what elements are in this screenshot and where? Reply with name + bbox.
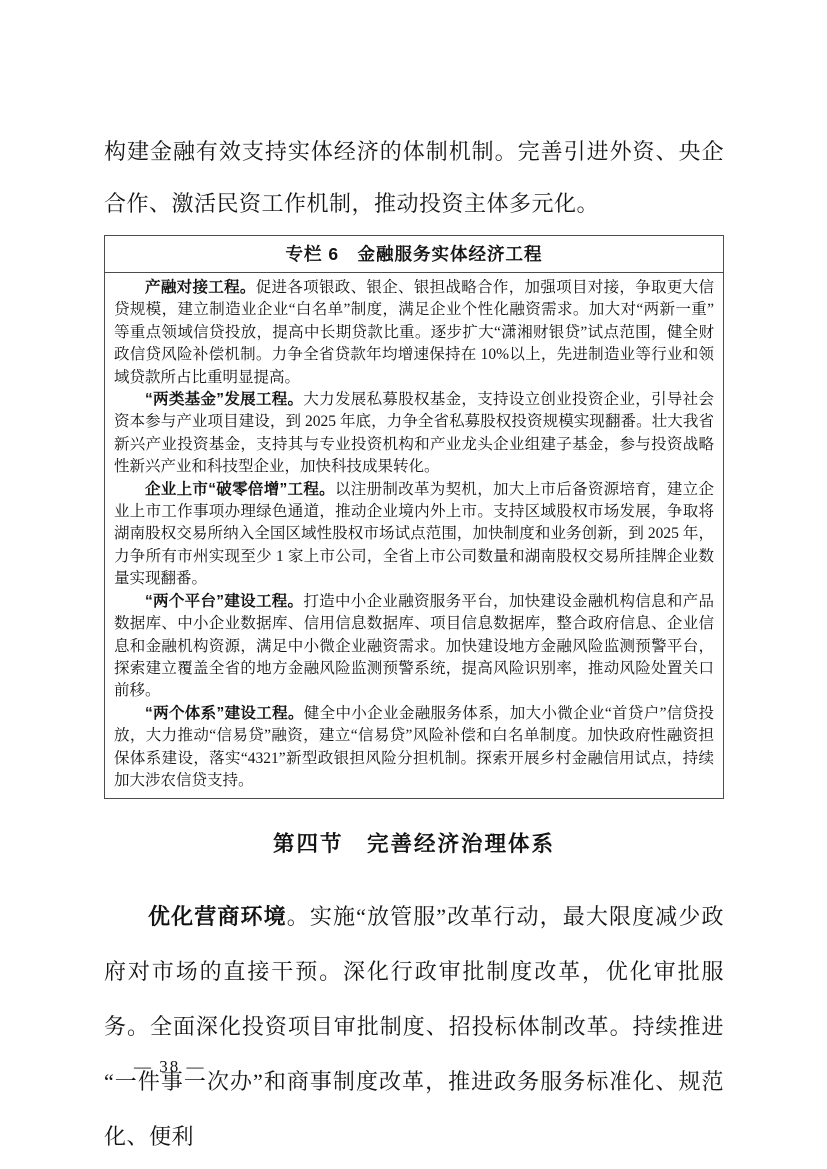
main-paragraph: 优化营商环境。实施“放管服”改革行动，最大限度减少政府对市场的直接干预。深化行政… <box>104 889 724 1164</box>
box-paragraph-lead: 企业上市“破零倍增”工程。 <box>145 481 335 498</box>
box-paragraph-lead: 产融对接工程。 <box>145 279 256 296</box>
box-paragraph: 企业上市“破零倍增”工程。以注册制改革为契机，加大上市后备资源培育，建立企业上市… <box>114 479 714 591</box>
column-box-body: 产融对接工程。促进各项银政、银企、银担战略合作，加强项目对接，争取更大信贷规模，… <box>105 273 723 798</box>
main-paragraph-body: 。实施“放管服”改革行动，最大限度减少政府对市场的直接干预。深化行政审批制度改革… <box>104 904 724 1149</box>
page-content: 构建金融有效支持实体经济的体制机制。完善引进外资、央企合作、激活民资工作机制，推… <box>104 0 724 1164</box>
box-paragraph: “两个平台”建设工程。打造中小企业融资服务平台，加快建设金融机构信息和产品数据库… <box>114 591 714 703</box>
page-number: — 38 — <box>134 1057 206 1077</box>
box-paragraph-lead: “两个体系”建设工程。 <box>145 705 304 722</box>
document-page: 构建金融有效支持实体经济的体制机制。完善引进外资、央企合作、激活民资工作机制，推… <box>0 0 827 1169</box>
box-paragraph: “两类基金”发展工程。大力发展私募股权基金，支持设立创业投资企业，引导社会资本参… <box>114 389 714 479</box>
main-paragraph-lead: 优化营商环境 <box>148 904 287 929</box>
section-heading: 第四节 完善经济治理体系 <box>104 829 724 859</box>
intro-paragraph: 构建金融有效支持实体经济的体制机制。完善引进外资、央企合作、激活民资工作机制，推… <box>104 0 724 230</box>
column-box-title: 专栏 6 金融服务实体经济工程 <box>105 236 723 273</box>
box-paragraph: “两个体系”建设工程。健全中小企业金融服务体系，加大小微企业“首贷户”信贷投放，… <box>114 703 714 793</box>
box-paragraph: 产融对接工程。促进各项银政、银企、银担战略合作，加强项目对接，争取更大信贷规模，… <box>114 277 714 389</box>
box-paragraph-lead: “两类基金”发展工程。 <box>145 391 303 408</box>
column-box-6: 专栏 6 金融服务实体经济工程 产融对接工程。促进各项银政、银企、银担战略合作，… <box>104 235 724 799</box>
box-paragraph-lead: “两个平台”建设工程。 <box>145 593 303 610</box>
